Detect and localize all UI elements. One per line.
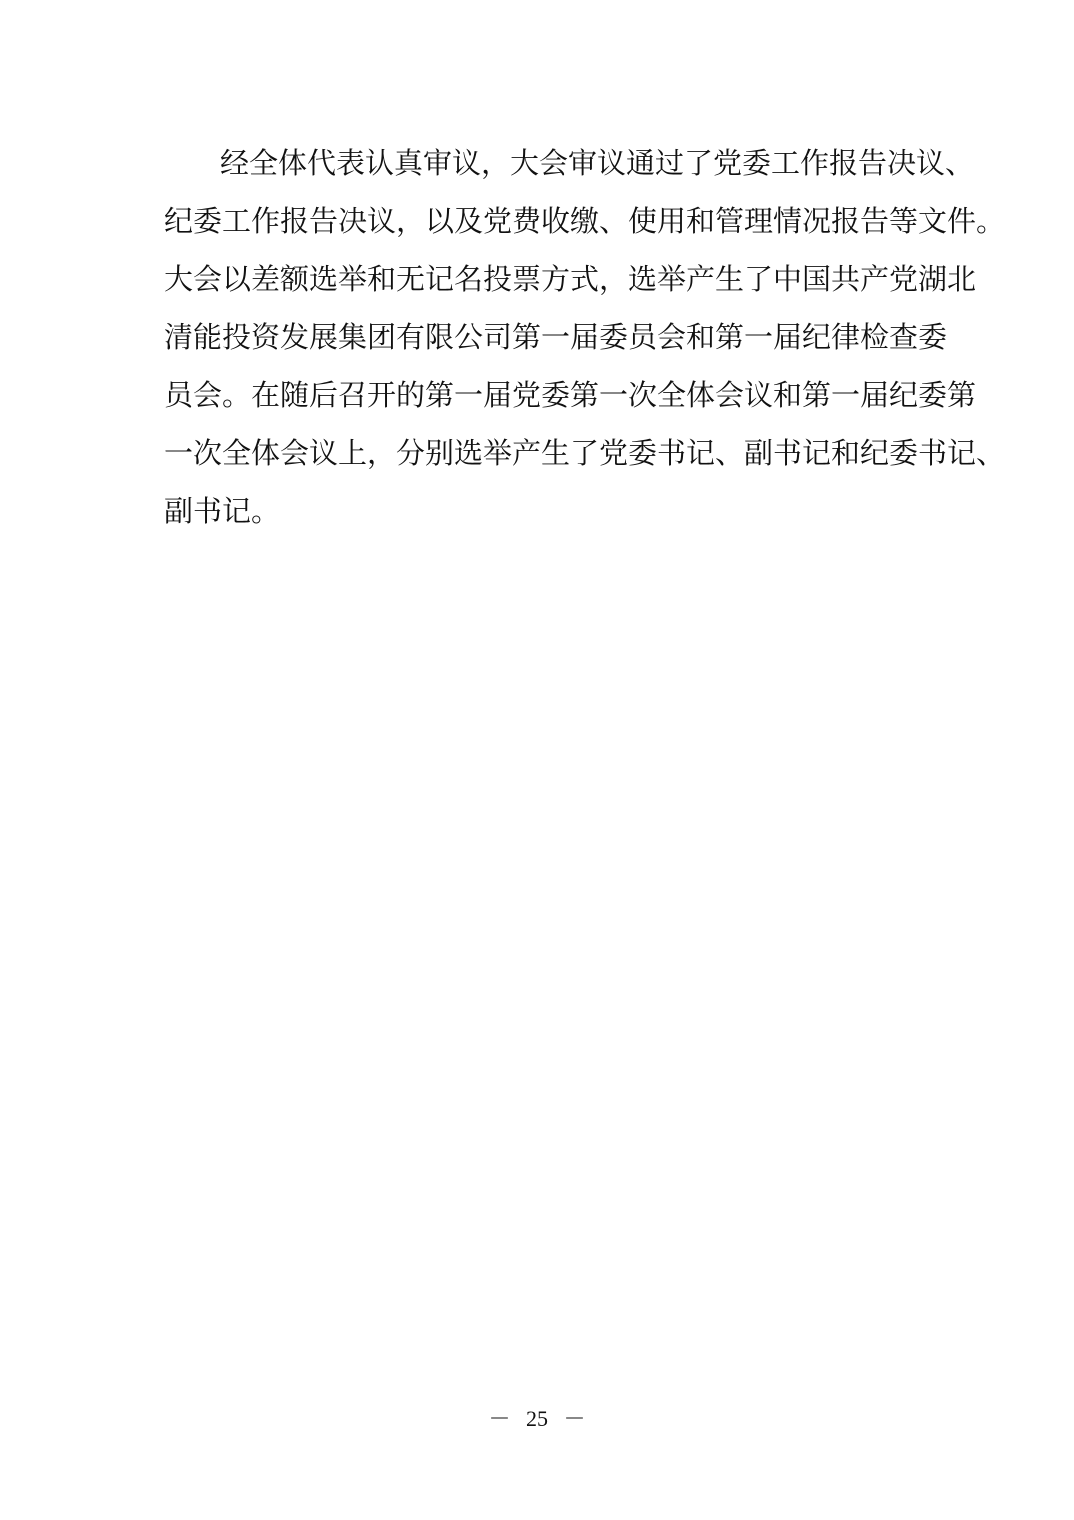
- paragraph-line: 清能投资发展集团有限公司第一届委员会和第一届纪律检查委: [164, 314, 918, 372]
- body-paragraph: 经全体代表认真审议，大会审议通过了党委工作报告决议、 纪委工作报告决议，以及党费…: [164, 140, 918, 546]
- page-number: － 25 －: [0, 1402, 1074, 1433]
- paragraph-line: 经全体代表认真审议，大会审议通过了党委工作报告决议、: [164, 140, 918, 198]
- paragraph-line: 一次全体会议上，分别选举产生了党委书记、副书记和纪委书记、: [164, 430, 918, 488]
- paragraph-line: 纪委工作报告决议，以及党费收缴、使用和管理情况报告等文件。: [164, 198, 918, 256]
- document-page: 经全体代表认真审议，大会审议通过了党委工作报告决议、 纪委工作报告决议，以及党费…: [0, 0, 1074, 1520]
- paragraph-line: 副书记。: [164, 488, 918, 546]
- paragraph-line: 员会。在随后召开的第一届党委第一次全体会议和第一届纪委第: [164, 372, 918, 430]
- paragraph-line: 大会以差额选举和无记名投票方式，选举产生了中国共产党湖北: [164, 256, 918, 314]
